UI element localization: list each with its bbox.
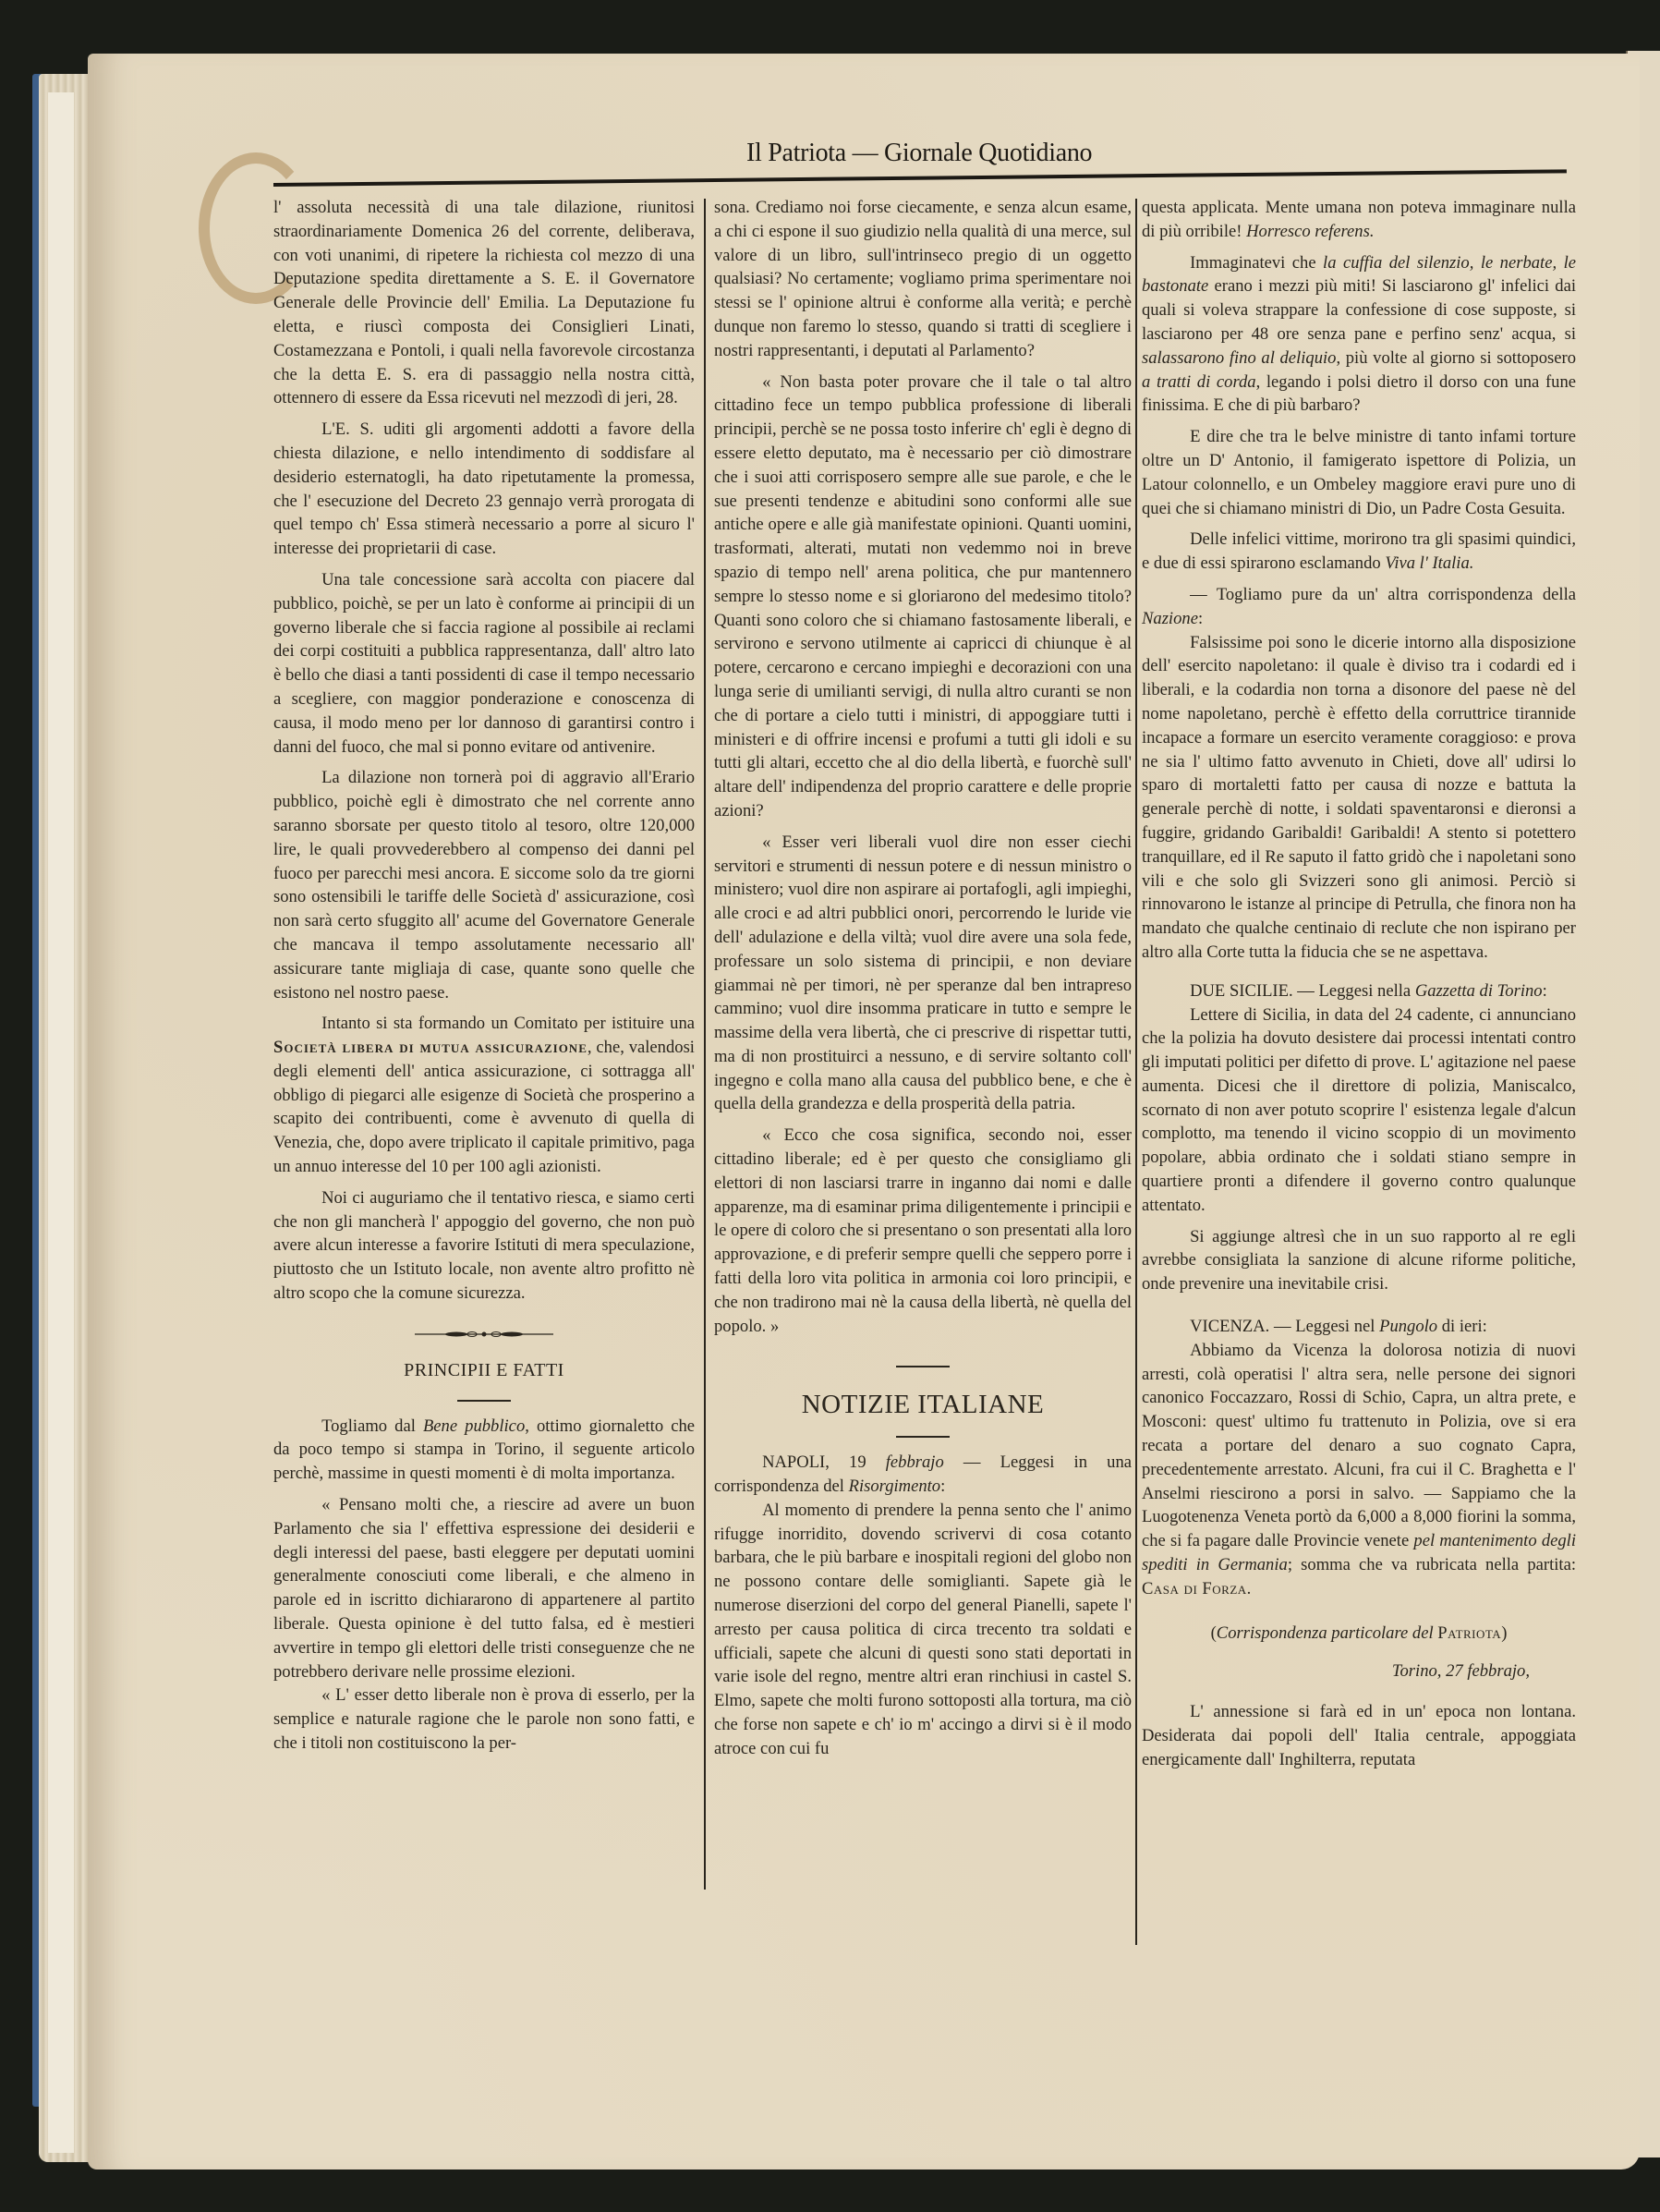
- column-1: l' assoluta necessità di una tale dilazi…: [273, 196, 695, 1756]
- paragraph: Una tale concessione sarà accolta con pi…: [273, 568, 695, 759]
- paragraph: « Pensano molti che, a riescire ad avere…: [273, 1493, 695, 1683]
- correspondence-heading: (Corrispondenza particolare del Patriota…: [1142, 1622, 1576, 1646]
- paragraph: Si aggiunge altresì che in un suo rappor…: [1142, 1225, 1576, 1296]
- paragraph: sona. Crediamo noi forse ciecamente, e s…: [714, 196, 1132, 363]
- short-rule: [896, 1366, 950, 1367]
- paragraph: Noi ci auguriamo che il tentativo riesca…: [273, 1186, 695, 1306]
- masthead-title: Il Patriota — Giornale Quotidiano: [746, 139, 1227, 176]
- paragraph: Lettere di Sicilia, in data del 24 caden…: [1142, 1003, 1576, 1218]
- paragraph: Falsissime poi sono le dicerie intorno a…: [1142, 631, 1576, 965]
- ornament-divider-icon: [415, 1330, 553, 1339]
- section-heading: PRINCIPII E FATTI: [273, 1359, 695, 1383]
- paragraph: E dire che tra le belve ministre di tant…: [1142, 425, 1576, 520]
- paragraph: l' assoluta necessità di una tale dilazi…: [273, 196, 695, 410]
- paragraph: Immaginatevi che la cuffia del silenzio,…: [1142, 251, 1576, 419]
- column-divider: [704, 199, 706, 1890]
- society-name: Società libera di mutua assicurazione: [273, 1038, 588, 1057]
- page-edge: [48, 92, 74, 2153]
- column-divider: [1135, 199, 1137, 1945]
- paragraph: — Togliamo pure da un' altra corrisponde…: [1142, 583, 1576, 631]
- short-rule: [896, 1436, 950, 1438]
- dateline: Torino, 27 febbrajo,: [1142, 1659, 1576, 1683]
- paragraph: Al momento di prendere la penna sento ch…: [714, 1499, 1132, 1761]
- paragraph: Togliamo dal Bene pubblico, ottimo giorn…: [273, 1415, 695, 1486]
- paragraph: « Esser veri liberali vuol dire non esse…: [714, 831, 1132, 1117]
- paragraph: questa applicata. Mente umana non poteva…: [1142, 196, 1576, 244]
- paragraph: L' annessione si farà ed in un' epoca no…: [1142, 1700, 1576, 1771]
- paragraph: L'E. S. uditi gli argomenti addotti a fa…: [273, 418, 695, 561]
- paragraph: « L' esser detto liberale non è prova di…: [273, 1683, 695, 1755]
- paragraph: « Non basta poter provare che il tale o …: [714, 371, 1132, 823]
- paragraph: La dilazione non tornerà poi di aggravio…: [273, 766, 695, 1004]
- paragraph: Abbiamo da Vicenza la dolorosa notizia d…: [1142, 1339, 1576, 1601]
- dateline-heading: VICENZA. — Leggesi nel Pungolo di ieri:: [1142, 1315, 1576, 1339]
- paragraph: « Ecco che cosa significa, secondo noi, …: [714, 1124, 1132, 1338]
- section-heading: NOTIZIE ITALIANE: [714, 1393, 1132, 1417]
- column-2: sona. Crediamo noi forse ciecamente, e s…: [714, 196, 1132, 1761]
- paragraph: NAPOLI, 19 febbrajo — Leggesi in una cor…: [714, 1451, 1132, 1499]
- column-3: questa applicata. Mente umana non poteva…: [1142, 196, 1576, 1772]
- dateline-heading: DUE SICILIE. — Leggesi nella Gazzetta di…: [1142, 979, 1576, 1003]
- paragraph: Intanto si sta formando un Comitato per …: [273, 1012, 695, 1179]
- paragraph: Delle infelici vittime, morirono tra gli…: [1142, 528, 1576, 576]
- short-rule: [457, 1400, 511, 1402]
